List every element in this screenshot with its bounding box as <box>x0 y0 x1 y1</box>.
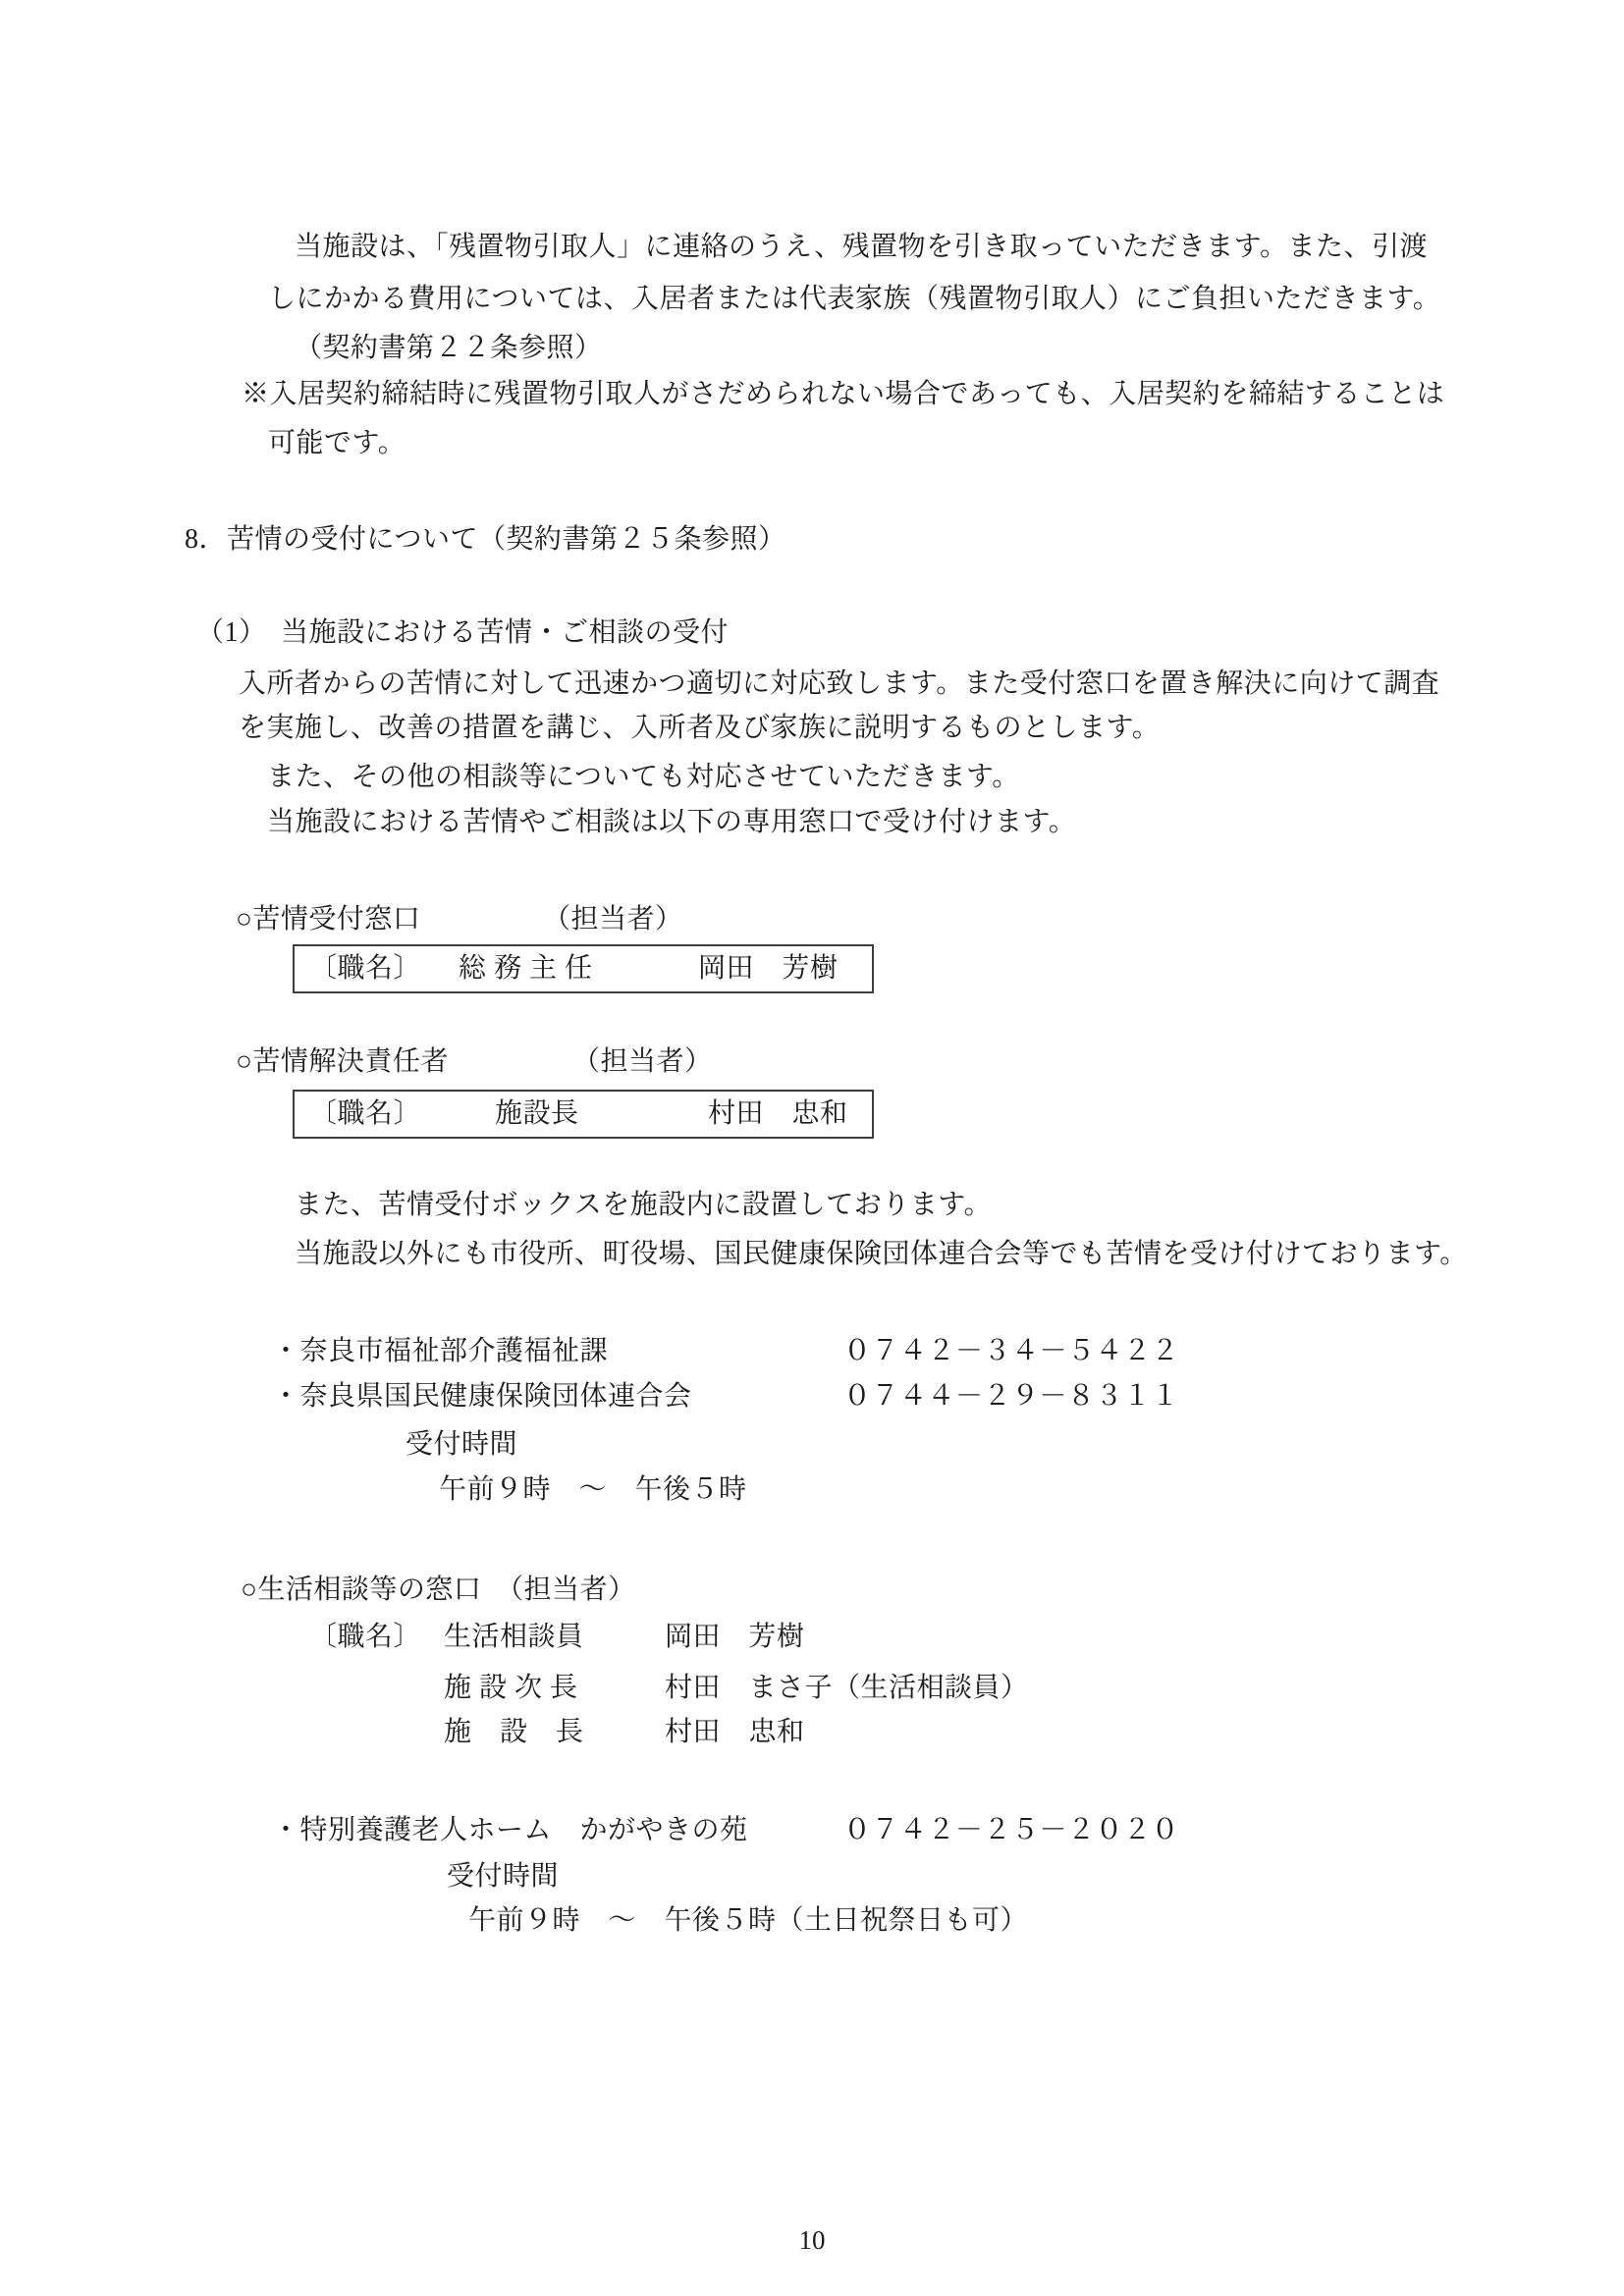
subsection1-para-line-2: を実施し、改善の措置を講じ、入所者及び家族に説明するものとします。 <box>239 709 1160 748</box>
consultation-row-title: 〔職名〕 <box>309 1618 421 1657</box>
external-hours-value: 午前９時 ～ 午後５時 <box>439 1470 747 1510</box>
contact-row: ・特別養護老人ホーム かがやきの苑 ０７４２－２５－２０２０ <box>0 1811 1624 1850</box>
complaint-desk-staff-label: （担当者） <box>543 900 683 939</box>
resolution-manager-label: ○苦情解決責任者 <box>236 1042 449 1082</box>
intro-note-line-2: 可能です。 <box>268 424 406 463</box>
consultation-staff-row: 施 設 次 長 村田 まさ子（生活相談員） <box>0 1669 1624 1708</box>
complaint-desk-box-name: 岡田 芳樹 <box>698 948 839 989</box>
external-hours-label: 受付時間 <box>406 1425 517 1465</box>
subsection1-para-line-4: 当施設における苦情やご相談は以下の専用窓口で受け付けます。 <box>267 803 1076 842</box>
complaint-desk-label-row: ○苦情受付窓口 （担当者） <box>0 900 1624 939</box>
contact-phone: ０７４２－３４－５４２２ <box>843 1332 1179 1371</box>
resolution-manager-label-row: ○苦情解決責任者 （担当者） <box>0 1042 1624 1082</box>
consultation-row-role: 施 設 長 <box>444 1713 584 1752</box>
note-external-offices: 当施設以外にも市役所、町役場、国民健康保険団体連合会等でも苦情を受け付けておりま… <box>295 1235 1468 1274</box>
subsection1-heading: （1） 当施設における苦情・ご相談の受付 <box>196 614 729 653</box>
intro-note-line-1: ※入居契約締結時に残置物引取人がさだめられない場合であっても、入居契約を締結する… <box>242 375 1444 414</box>
consultation-staff-row: 施 設 長 村田 忠和 <box>0 1713 1624 1752</box>
consultation-row-name: 岡田 芳樹 <box>665 1618 805 1657</box>
consultation-row-role: 施 設 次 長 <box>444 1669 578 1708</box>
consultation-row-role: 生活相談員 <box>444 1618 584 1657</box>
complaint-desk-box-role: 総 務 主 任 <box>459 948 593 989</box>
resolution-manager-name-box: 〔職名〕 施設長 村田 忠和 <box>293 1090 874 1139</box>
intro-line-2: しにかかる費用については、入居者または代表家族（残置物引取人）にご負担いただきま… <box>268 280 1440 319</box>
facility-hours-value: 午前９時 ～ 午後５時（土日祝祭日も可） <box>468 1901 1028 1941</box>
consultation-desk-staff-label: （担当者） <box>496 1571 636 1610</box>
subsection1-para-line-1: 入所者からの苦情に対して迅速かつ適切に対応致します。また受付窓口を置き解決に向け… <box>239 665 1439 704</box>
resolution-manager-box-name: 村田 忠和 <box>708 1094 848 1135</box>
complaint-desk-box-title: 〔職名〕 <box>309 948 421 989</box>
contact-phone: ０７４２－２５－２０２０ <box>843 1811 1179 1850</box>
resolution-manager-box-title: 〔職名〕 <box>309 1094 421 1135</box>
document-page: 当施設は、「残置物引取人」に連絡のうえ、残置物を引き取っていただきます。また、引… <box>0 0 1624 2296</box>
complaint-desk-name-box: 〔職名〕 総 務 主 任 岡田 芳樹 <box>293 944 874 993</box>
consultation-row-name: 村田 まさ子（生活相談員） <box>665 1669 1029 1708</box>
resolution-manager-staff-label: （担当者） <box>572 1042 713 1082</box>
resolution-manager-box-role: 施設長 <box>495 1094 579 1135</box>
subsection1-para-line-3: また、その他の相談等についても対応させていただきます。 <box>267 758 1020 797</box>
note-complaint-box: また、苦情受付ボックスを施設内に設置しております。 <box>295 1186 992 1225</box>
intro-contract-ref: （契約書第２２条参照） <box>295 329 603 368</box>
intro-line-1: 当施設は、「残置物引取人」に連絡のうえ、残置物を引き取っていただきます。また、引… <box>295 228 1428 267</box>
consultation-staff-row: 〔職名〕 生活相談員 岡田 芳樹 <box>0 1618 1624 1657</box>
section8-heading: 8．苦情の受付について（契約書第２５条参照） <box>185 520 785 560</box>
consultation-desk-label-row: ○生活相談等の窓口 （担当者） <box>0 1571 1624 1610</box>
facility-hours-label: 受付時間 <box>447 1857 559 1896</box>
consultation-row-name: 村田 忠和 <box>665 1713 805 1752</box>
contact-row: ・奈良県国民健康保険団体連合会 ０７４４－２９－８３１１ <box>0 1377 1624 1416</box>
contact-phone: ０７４４－２９－８３１１ <box>843 1377 1179 1416</box>
contact-name: ・特別養護老人ホーム かがやきの苑 <box>272 1811 748 1850</box>
contact-row: ・奈良市福祉部介護福祉課 ０７４２－３４－５４２２ <box>0 1332 1624 1371</box>
contact-name: ・奈良市福祉部介護福祉課 <box>272 1332 608 1371</box>
complaint-desk-label: ○苦情受付窓口 <box>236 900 420 939</box>
page-number: 10 <box>0 2220 1624 2260</box>
consultation-desk-label: ○生活相談等の窓口 <box>241 1571 481 1610</box>
contact-name: ・奈良県国民健康保険団体連合会 <box>272 1377 692 1416</box>
